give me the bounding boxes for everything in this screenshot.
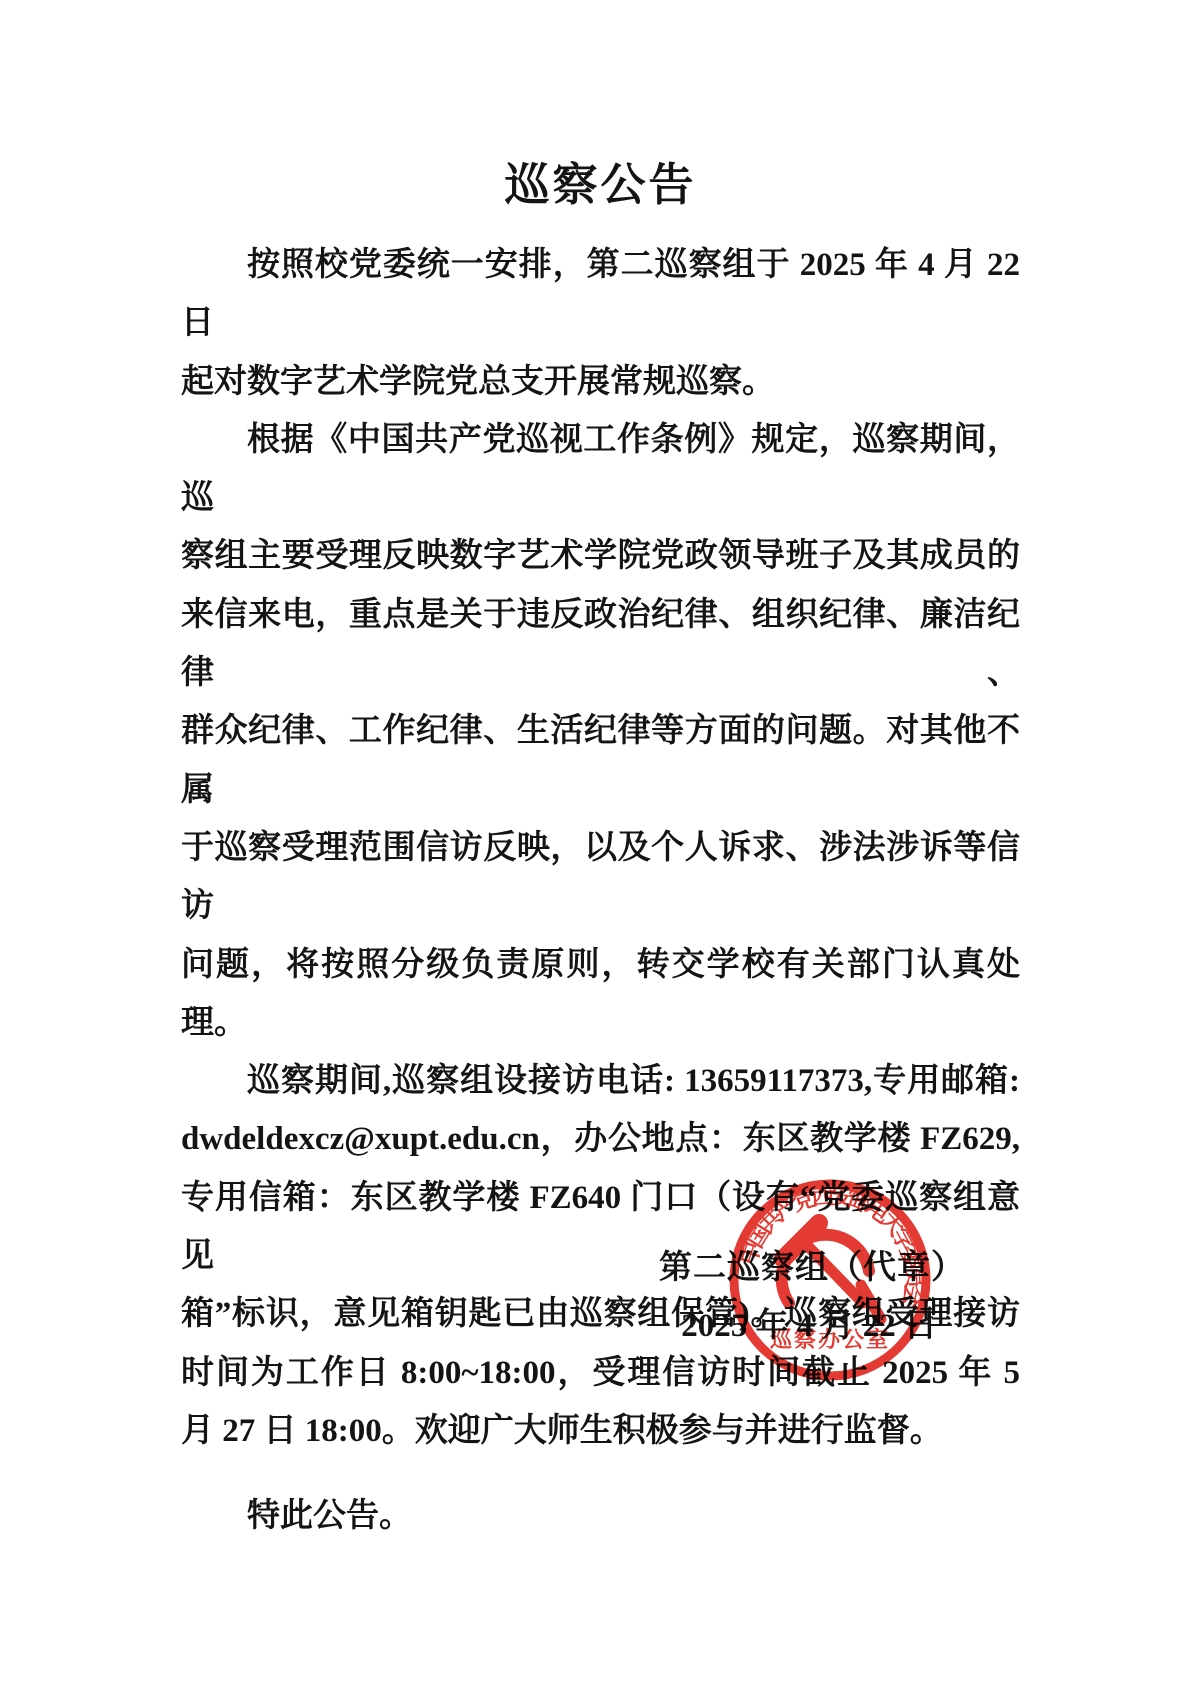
text-line: 起对数字艺术学院党总支开展常规巡察。 bbox=[181, 353, 1020, 411]
seal-ring-text: 中国共产党西安邮电大学委员会 bbox=[735, 1182, 927, 1310]
document-title: 巡察公告 bbox=[181, 148, 1020, 213]
seal-bottom-text: 巡察办公室 bbox=[770, 1327, 890, 1352]
text-line: 根据《中国共产党巡视工作条例》规定，巡察期间，巡 bbox=[181, 411, 1020, 528]
hammer-sickle-icon bbox=[782, 1223, 881, 1319]
text-line: 月 27 日 18:00。欢迎广大师生积极参与并进行监督。 bbox=[181, 1402, 1020, 1460]
text-line: 问题，将按照分级负责原则，转交学校有关部门认真处理。 bbox=[181, 936, 1020, 1053]
official-seal: 中国共产党西安邮电大学委员会 巡察办公室 bbox=[725, 1175, 935, 1385]
text-line: 察组主要受理反映数字艺术学院党政领导班子及其成员的 bbox=[181, 527, 1020, 585]
text-line: 来信来电，重点是关于违反政治纪律、组织纪律、廉洁纪律、 bbox=[181, 586, 1020, 703]
text-line: 巡察期间,巡察组设接访电话: 13659117373,专用邮箱: bbox=[181, 1052, 1020, 1110]
announcement-page: 巡察公告 按照校党委统一安排，第二巡察组于 2025 年 4 月 22 日 起对… bbox=[0, 0, 1189, 1683]
text-line: 群众纪律、工作纪律、生活纪律等方面的问题。对其他不属 bbox=[181, 702, 1020, 819]
paragraph: 根据《中国共产党巡视工作条例》规定，巡察期间，巡 察组主要受理反映数字艺术学院党… bbox=[181, 411, 1020, 1052]
text-line: 按照校党委统一安排，第二巡察组于 2025 年 4 月 22 日 bbox=[181, 236, 1020, 353]
closing-statement: 特此公告。 bbox=[181, 1487, 1020, 1545]
seal-arc-text-holder: 中国共产党西安邮电大学委员会 bbox=[735, 1182, 927, 1310]
text-line: dwdeldexcz@xupt.edu.cn，办公地点：东区教学楼 FZ629, bbox=[181, 1110, 1020, 1168]
paragraph: 按照校党委统一安排，第二巡察组于 2025 年 4 月 22 日 起对数字艺术学… bbox=[181, 236, 1020, 411]
text-line: 于巡察受理范围信访反映，以及个人诉求、涉法涉诉等信访 bbox=[181, 819, 1020, 936]
paragraph: 特此公告。 bbox=[181, 1487, 1020, 1545]
